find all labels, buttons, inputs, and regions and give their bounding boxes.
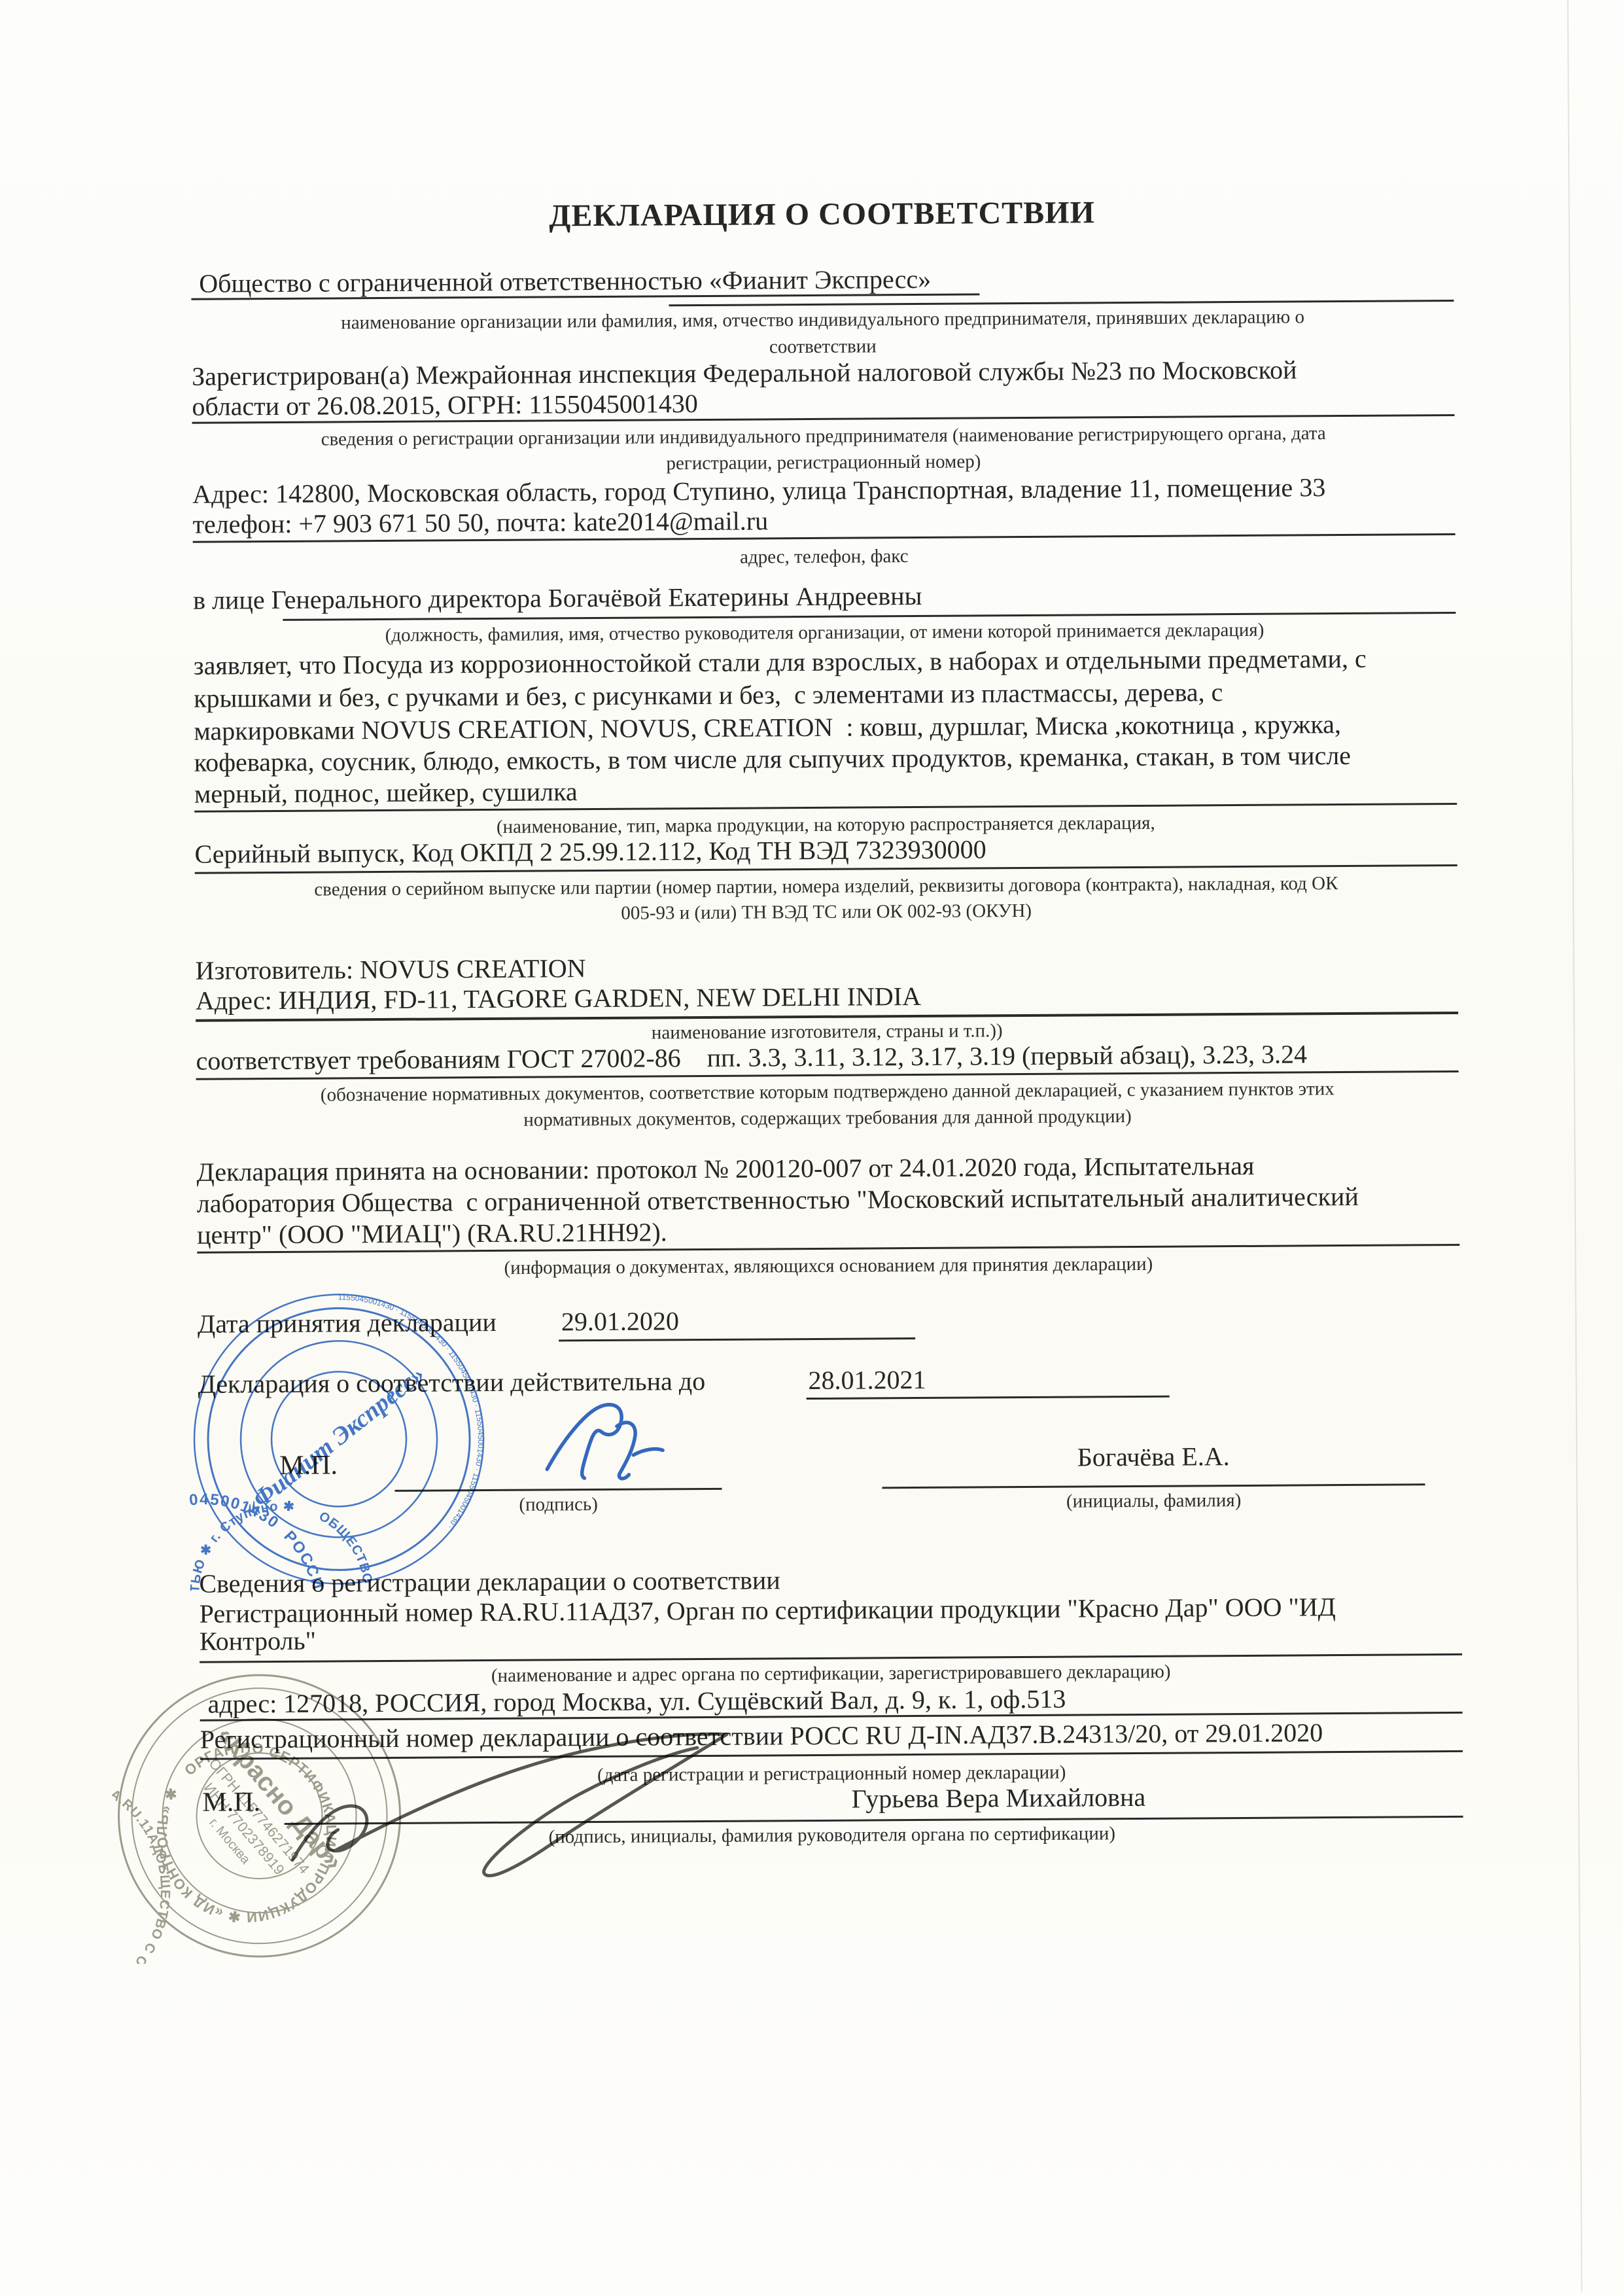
declarant-address-line2: телефон: +7 903 671 50 50, почта: kate20… bbox=[192, 506, 768, 539]
gost-compliance-line: соответствует требованиям ГОСТ 27002-86 … bbox=[196, 1039, 1307, 1076]
initials-hint: (инициалы, фамилия) bbox=[882, 1489, 1425, 1513]
basis-hint: (информация о документах, являющихся осн… bbox=[197, 1252, 1459, 1281]
manufacturer-name: Изготовитель: NOVUS CREATION bbox=[196, 953, 586, 986]
registration-info-line1: Зарегистрирован(а) Межрайонная инспекция… bbox=[192, 355, 1297, 391]
declarant-org: Общество с ограниченной ответственностью… bbox=[199, 264, 931, 299]
basis-line2: лаборатория Общества с ограниченной отве… bbox=[197, 1182, 1359, 1219]
stamp-center-name: «Фианит Экспресс» bbox=[238, 1361, 430, 1521]
underline bbox=[807, 1396, 1170, 1400]
representative-hint: (должность, фамилия, имя, отчество руков… bbox=[193, 618, 1456, 648]
signature-guryeva bbox=[266, 1701, 790, 1914]
adoption-date-value: 29.01.2020 bbox=[561, 1306, 679, 1337]
registration-body-line1: Регистрационный номер RA.RU.11АД37, Орга… bbox=[200, 1592, 1336, 1629]
scanned-content: ДЕКЛАРАЦИЯ О СООТВЕТСТВИИ Общество с огр… bbox=[0, 0, 1623, 2296]
product-claim-line5: мерный, поднос, шейкер, сушилка bbox=[194, 777, 578, 809]
declarant-address-line1: Адрес: 142800, Московская область, город… bbox=[192, 472, 1325, 510]
manufacturer-address: Адрес: ИНДИЯ, FD-11, TAGORE GARDEN, NEW … bbox=[196, 981, 921, 1016]
compliance-hint-line1: (обозначение нормативных документов, соо… bbox=[196, 1078, 1459, 1107]
stamp-inner-ring: ОБЩЕСТВО С ОГРАНИЧЕННОЙ ОТВЕТСТВЕННОСТЬЮ… bbox=[188, 1498, 376, 1591]
document-title: ДЕКЛАРАЦИЯ О СООТВЕТСТВИИ bbox=[190, 192, 1453, 236]
underline bbox=[559, 1337, 915, 1341]
serial-hint-line2: 005-93 и (или) ТН ВЭД ТС или ОК 002-93 (… bbox=[195, 898, 1457, 927]
product-claim-line4: кофеварка, соусник, блюдо, емкость, в то… bbox=[194, 741, 1352, 778]
serial-line: Серийный выпуск, Код ОКПД 2 25.99.12.112… bbox=[194, 834, 986, 869]
signature-bogacheva bbox=[512, 1375, 708, 1507]
registration-body-line2: Контроль" bbox=[200, 1626, 316, 1657]
product-claim-line2: крышками и без, с ручками и без, с рисун… bbox=[194, 677, 1223, 714]
product-claim-line3: маркировками NOVUS CREATION, NOVUS, CREA… bbox=[194, 709, 1341, 747]
valid-until-value: 28.01.2021 bbox=[808, 1365, 926, 1396]
serial-hint-line1: сведения о серийном выпуске или партии (… bbox=[195, 872, 1457, 902]
scan-artifact-line bbox=[1567, 0, 1582, 2291]
declaration-page: ДЕКЛАРАЦИЯ О СООТВЕТСТВИИ Общество с огр… bbox=[0, 0, 1623, 2296]
org-hint-line1: наименование организации или фамилия, им… bbox=[192, 306, 1454, 335]
registration-info-line2: области от 26.08.2015, ОГРН: 11550450014… bbox=[192, 389, 698, 422]
declarant-signer-name: Богачёва Е.А. bbox=[882, 1440, 1425, 1474]
fianit-express-stamp: 1155045001430 · 1155045001430 · 11550450… bbox=[188, 1288, 491, 1591]
stamp-inner-text: ОБЩЕСТВО С ОГРАНИЧЕННОЙ ОТВЕТСТВЕННОСТЬЮ… bbox=[188, 1498, 376, 1591]
registration-hint-line1: сведения о регистрации организации или и… bbox=[192, 422, 1455, 451]
product-claim-line1: заявляет, что Посуда из коррозионностойк… bbox=[194, 644, 1367, 681]
basis-line3: центр" (ООО "МИАЦ") (RA.RU.21НН92). bbox=[197, 1217, 667, 1250]
compliance-hint-line2: нормативных документов, содержащих требо… bbox=[196, 1104, 1459, 1133]
address-hint: адрес, телефон, факс bbox=[193, 542, 1456, 572]
underline bbox=[669, 300, 1454, 306]
basis-line1: Декларация принята на основании: протоко… bbox=[196, 1151, 1254, 1188]
underline bbox=[882, 1483, 1425, 1489]
representative-line: в лице Генерального директора Богачёвой … bbox=[193, 581, 922, 616]
